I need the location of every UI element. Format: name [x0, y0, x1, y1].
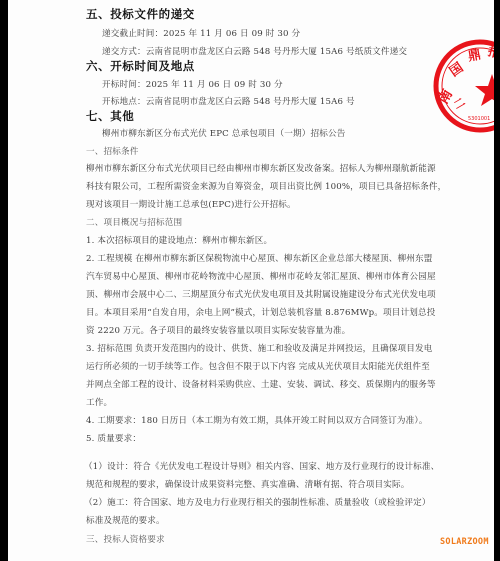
- clause-2-line: 目。本项目采用“自发自用，余电上网”模式，计划总装机容量 8.876MWp。项目…: [86, 306, 435, 318]
- clause-2-line: 3. 招标范围 负责开发范围内的设计、供货、施工和验收及满足并网投运，且确保项目…: [86, 342, 433, 354]
- clause-2-line: 资 2220 万元。各子项目的最终安装容量以项目实际安装容量为准。: [86, 324, 350, 336]
- clause-2-line: 2. 工程规模 在柳州市柳东新区保税物流中心屋顶、柳东新区企业总部大楼屋顶、柳州…: [86, 252, 433, 264]
- solarzoom-watermark: SOLARZOOM: [440, 537, 489, 547]
- document-page: 五、投标文件的递交 递交截止时间：2025 年 11 月 06 日 09 时 3…: [8, 0, 494, 561]
- clause-2-line: 运行所必须的一切手续等工作。包含但不限于以下内容 完成从光伏项目太阳能光伏组件至: [86, 360, 430, 372]
- clause-1-line: 科技有限公司，工程所需资金来源为自筹资金，项目出资比例 100%，项目已具备招标…: [86, 180, 446, 192]
- notice-title: 柳州市柳东新区分布式光伏 EPC 总承包项目（一期）招标公告: [102, 127, 345, 139]
- submission-method: 递交方式：云南省昆明市盘龙区白云路 548 号丹彤大厦 15A6 号纸质文件递交: [102, 45, 407, 57]
- clause-1-line: 柳州市柳东新区分布式光伏项目已经由柳州市柳东新区发改备案。招标人为柳州璟航新能源: [86, 162, 436, 174]
- clause-2-line: 5. 质量要求：: [86, 432, 141, 444]
- opening-place: 开标地点：云南省昆明市盘龙区白云路 548 号丹彤大厦 15A6 号: [102, 95, 355, 107]
- clause-2-line: （1）设计：符合《光伏发电工程设计导则》相关内容、国家、地方及行业现行的设计标准…: [84, 460, 439, 472]
- clause-2-line: 工作。: [86, 396, 112, 408]
- section-5-title: 五、投标文件的递交: [86, 6, 195, 22]
- clause-1-line: 现对该项目一期设计施工总承包(EPC)进行公开招标。: [86, 198, 296, 210]
- svg-text:鼎: 鼎: [467, 48, 482, 65]
- clause-2-line: （2）施工：符合国家、地方及电力行业现行相关的强制性标准、质量验收（或检验评定）: [84, 496, 431, 508]
- svg-text:招: 招: [486, 43, 494, 62]
- clause-2-line: 规范和规程的要求，确保设计成果资料完整、真实准确、清晰有据、符合项目实际。: [86, 478, 410, 490]
- official-seal-stamp: 南 国 鼎 招 二 5301001: [432, 38, 494, 138]
- clause-2-line: 4. 工期要求：180 日历日（本工期为有效工期，具体开竣工时间以双方合同签订为…: [86, 414, 428, 426]
- clause-2-line: 并网点全部工程的设计、设备材料采购供应、土建、安装、调试、移交、质保期内的服务等: [86, 378, 436, 390]
- clause-2-line: 标准及规范的要求。: [86, 514, 165, 526]
- svg-text:国: 国: [446, 59, 466, 80]
- clause-2-line: 1. 本次招标项目的建设地点：柳州市柳东新区。: [86, 234, 272, 246]
- clause-1-heading: 一、招标条件: [86, 145, 138, 157]
- clause-2-line: 汽车贸易中心屋顶、柳州市花岭物流中心屋顶、柳州市花岭友邻汇屋顶、柳州市体育公园屋: [86, 270, 436, 282]
- clause-3-heading: 三、投标人资格要求: [86, 533, 165, 545]
- section-6-title: 六、开标时间及地点: [86, 58, 195, 74]
- opening-time: 开标时间：2025 年 11 月 06 日 09 时 30 分: [102, 78, 283, 90]
- seal-icon: 南 国 鼎 招 二 5301001: [432, 38, 494, 138]
- clause-2-line: 顶、柳州市会展中心二、三期屋顶分布式光伏发电项目及其附属设施建设分布式光伏发电项: [86, 288, 436, 300]
- submission-deadline: 递交截止时间：2025 年 11 月 06 日 09 时 30 分: [102, 27, 300, 39]
- section-7-title: 七、其他: [86, 108, 134, 124]
- svg-text:5301001: 5301001: [468, 116, 490, 122]
- clause-2-heading: 二、项目概况与招标范围: [86, 216, 182, 228]
